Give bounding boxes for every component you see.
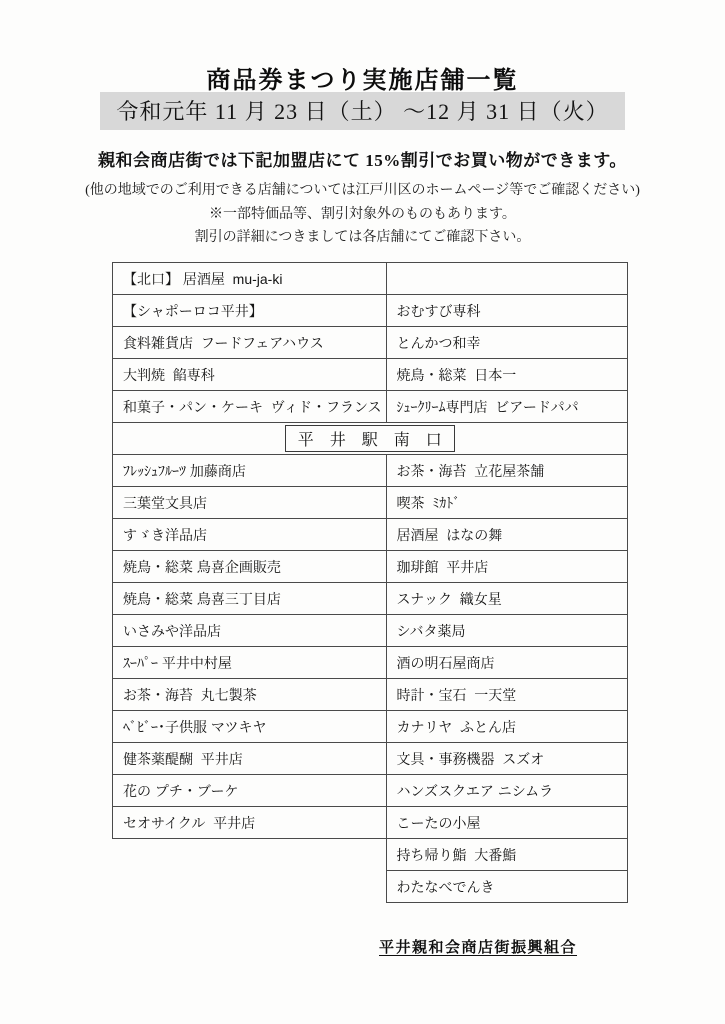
store-cell-right: 持ち帰り鮨 大番鮨 xyxy=(386,839,627,871)
table-row: いさみや洋品店シバタ薬局 xyxy=(113,615,628,647)
store-cell-right: 酒の明石屋商店 xyxy=(386,647,627,679)
store-cell-left: 健茶薬醍醐 平井店 xyxy=(113,743,387,775)
store-cell-left: すゞき洋品店 xyxy=(113,519,387,551)
table-row: 【シャポーロコ平井】おむすび専科 xyxy=(113,295,628,327)
table-row: セオサイクル 平井店こーたの小屋 xyxy=(113,807,628,839)
store-cell-left: お茶・海苔 丸七製茶 xyxy=(113,679,387,711)
table-row: 焼鳥・総菜 鳥喜企画販売珈琲館 平井店 xyxy=(113,551,628,583)
station-name-label: 平 井 駅 南 口 xyxy=(285,425,455,452)
store-cell-right: 珈琲館 平井店 xyxy=(386,551,627,583)
store-cell-right: スナック 織女星 xyxy=(386,583,627,615)
event-date-highlight: 令和元年 11 月 23 日（土） ～12 月 31 日（火） xyxy=(100,92,624,130)
store-cell-left: 花の プチ・ブーケ xyxy=(113,775,387,807)
store-cell-right: シバタ薬局 xyxy=(386,615,627,647)
station-row-cell: 平 井 駅 南 口 xyxy=(113,423,628,455)
store-cell-left: ﾍﾞﾋﾞｰ･子供服 マツキヤ xyxy=(113,711,387,743)
store-table-body: 【北口】 居酒屋 mu-ja-ki【シャポーロコ平井】おむすび専科食料雑貨店 フ… xyxy=(113,263,628,903)
table-row: ﾌﾚｯｼｭﾌﾙｰﾂ 加藤商店お茶・海苔 立花屋茶舗 xyxy=(113,455,628,487)
table-row: お茶・海苔 丸七製茶時計・宝石 一天堂 xyxy=(113,679,628,711)
store-cell-right: 文具・事務機器 スズオ xyxy=(386,743,627,775)
store-cell-right: 居酒屋 はなの舞 xyxy=(386,519,627,551)
date-row: 令和元年 11 月 23 日（土） ～12 月 31 日（火） xyxy=(0,92,725,130)
table-row: すゞき洋品店居酒屋 はなの舞 xyxy=(113,519,628,551)
store-list-table: 【北口】 居酒屋 mu-ja-ki【シャポーロコ平井】おむすび専科食料雑貨店 フ… xyxy=(112,262,628,903)
store-cell-right: 時計・宝石 一天堂 xyxy=(386,679,627,711)
table-row: 平 井 駅 南 口 xyxy=(113,423,628,455)
note-exclusions: ※一部特価品等、割引対象外のものもあります。 xyxy=(0,203,725,223)
note-other-areas: (他の地域でのご利用できる店舗については江戸川区のホームページ等でご確認ください… xyxy=(0,179,725,199)
table-row: ﾍﾞﾋﾞｰ･子供服 マツキヤカナリヤ ふとん店 xyxy=(113,711,628,743)
store-cell-left: セオサイクル 平井店 xyxy=(113,807,387,839)
store-cell-left: ｽｰﾊﾟｰ 平井中村屋 xyxy=(113,647,387,679)
store-cell-right: カナリヤ ふとん店 xyxy=(386,711,627,743)
empty-cell xyxy=(113,839,387,871)
discount-intro-text: 親和会商店街では下記加盟店にて 15%割引でお買い物ができます。 xyxy=(0,146,725,171)
table-row: 大判焼 餡専科焼鳥・総菜 日本一 xyxy=(113,359,628,391)
store-cell-left: 三葉堂文具店 xyxy=(113,487,387,519)
table-row: 持ち帰り鮨 大番鮨 xyxy=(113,839,628,871)
empty-cell xyxy=(113,871,387,903)
store-cell-right: こーたの小屋 xyxy=(386,807,627,839)
store-cell-left: 食料雑貨店 フードフェアハウス xyxy=(113,327,387,359)
table-row: ｽｰﾊﾟｰ 平井中村屋酒の明石屋商店 xyxy=(113,647,628,679)
store-cell-right: 焼鳥・総菜 日本一 xyxy=(386,359,627,391)
store-cell-right: わたなべでんき xyxy=(386,871,627,903)
organizer-footer: 平井親和会商店街振興組合 xyxy=(379,936,577,957)
store-cell-right: ｼｭｰｸﾘｰﾑ専門店 ビアードパパ xyxy=(386,391,627,423)
store-cell-left: 【北口】 居酒屋 mu-ja-ki xyxy=(113,263,387,295)
store-cell-right: 喫茶 ﾐｶﾄﾞ xyxy=(386,487,627,519)
store-cell-right: お茶・海苔 立花屋茶舗 xyxy=(386,455,627,487)
store-cell-left: 大判焼 餡専科 xyxy=(113,359,387,391)
store-cell-left: 【シャポーロコ平井】 xyxy=(113,295,387,327)
table-row: 焼鳥・総菜 鳥喜三丁目店スナック 織女星 xyxy=(113,583,628,615)
store-cell-left: 焼鳥・総菜 鳥喜企画販売 xyxy=(113,551,387,583)
store-cell-right: とんかつ和幸 xyxy=(386,327,627,359)
table-row: 【北口】 居酒屋 mu-ja-ki xyxy=(113,263,628,295)
store-cell-left: 和菓子・パン・ケーキ ヴィド・フランス xyxy=(113,391,387,423)
note-details: 割引の詳細につきましては各店舗にてご確認下さい。 xyxy=(0,226,725,246)
page-title: 商品券まつり実施店舗一覧 xyxy=(0,60,725,95)
table-row: わたなべでんき xyxy=(113,871,628,903)
store-cell-left: いさみや洋品店 xyxy=(113,615,387,647)
table-row: 健茶薬醍醐 平井店文具・事務機器 スズオ xyxy=(113,743,628,775)
table-row: 花の プチ・ブーケハンズスクエア ニシムラ xyxy=(113,775,628,807)
store-cell-right: ハンズスクエア ニシムラ xyxy=(386,775,627,807)
store-cell-left: 焼鳥・総菜 鳥喜三丁目店 xyxy=(113,583,387,615)
table-row: 和菓子・パン・ケーキ ヴィド・フランスｼｭｰｸﾘｰﾑ専門店 ビアードパパ xyxy=(113,391,628,423)
table-row: 三葉堂文具店喫茶 ﾐｶﾄﾞ xyxy=(113,487,628,519)
store-cell-right xyxy=(386,263,627,295)
store-cell-right: おむすび専科 xyxy=(386,295,627,327)
store-cell-left: ﾌﾚｯｼｭﾌﾙｰﾂ 加藤商店 xyxy=(113,455,387,487)
table-row: 食料雑貨店 フードフェアハウスとんかつ和幸 xyxy=(113,327,628,359)
